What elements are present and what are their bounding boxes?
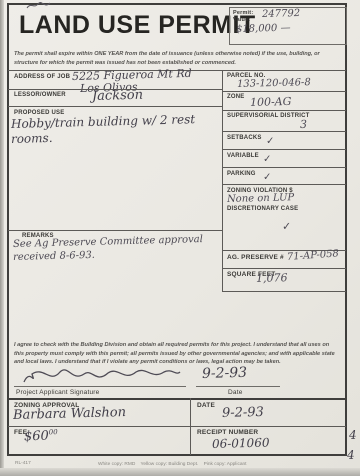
zoning-approval-signature-handwritten: Barbara Walshon: [13, 405, 126, 423]
parking-checkmark: ✓: [263, 172, 272, 183]
approval-date-handwritten: 9-2-93: [222, 405, 264, 421]
proposed-use-line2-handwritten: rooms.: [11, 131, 53, 146]
remarks-line2-handwritten: received 8-6-93.: [13, 250, 95, 263]
permit-number-handwritten: 247792: [262, 8, 300, 20]
parcel-no-handwritten: 133-120-046-8: [237, 77, 311, 90]
setbacks-checkmark: ✓: [266, 136, 275, 147]
supervisorial-district-label: SUPERVISORIAL DISTRICT: [227, 113, 310, 119]
discretionary-case-label: DISCRETIONARY CASE: [227, 206, 298, 212]
copy-distribution-note: White copy: RMD Yellow copy: Building De…: [98, 462, 247, 467]
receipt-number-label: RECEIPT NUMBER: [197, 429, 258, 436]
approval-date-label: DATE: [197, 402, 215, 409]
permit-value-handwritten: $18,000 —: [236, 23, 291, 35]
date-label: Date: [228, 389, 243, 396]
owner-handwritten: Jackson: [92, 88, 143, 104]
setbacks-label: SETBACKS: [227, 135, 262, 141]
address-of-job-label: ADDRESS OF JOB: [14, 74, 70, 80]
project-applicant-signature-label: Project Applicant Signature: [16, 389, 99, 396]
zoning-violation-handwritten: None on LUP: [227, 192, 294, 205]
variable-label: VARIABLE: [227, 153, 259, 159]
applicant-signature-scribble: [22, 364, 182, 388]
form-code: RL-417: [15, 461, 31, 466]
district-handwritten: 3: [300, 118, 307, 131]
parking-label: PARKING: [227, 171, 256, 177]
square-feet-handwritten: 1,076: [256, 271, 288, 285]
fee-cents: 00: [49, 428, 58, 436]
lessor-owner-label: LESSOR/OWNER: [14, 92, 66, 98]
page-mark-2-handwritten: 4: [347, 448, 355, 462]
scanned-land-use-permit: LAND USE PERMIT Permit: Value: 247792 $1…: [0, 0, 360, 476]
fee-handwritten: $6000: [24, 428, 58, 444]
value-label: Value:: [233, 17, 250, 23]
page-title: LAND USE PERMIT: [19, 11, 256, 40]
fee-amount: $60: [24, 429, 49, 445]
pen-scribble-mark: [26, 1, 52, 11]
expiry-disclaimer: The permit shall expire within ONE YEAR …: [14, 50, 342, 67]
ag-preserve-label: AG. PRESERVE #: [227, 254, 284, 261]
variable-checkmark: ✓: [263, 154, 272, 165]
applicant-date-handwritten: 9-2-93: [202, 365, 247, 382]
page-mark-1-handwritten: 4: [349, 428, 357, 442]
zone-handwritten: 100-AG: [250, 95, 292, 109]
permit-label: Permit:: [233, 10, 253, 16]
zone-label: ZONE: [227, 94, 244, 100]
receipt-number-handwritten: 06-01060: [212, 435, 270, 451]
discretionary-case-checkmark: ✓: [282, 220, 292, 233]
